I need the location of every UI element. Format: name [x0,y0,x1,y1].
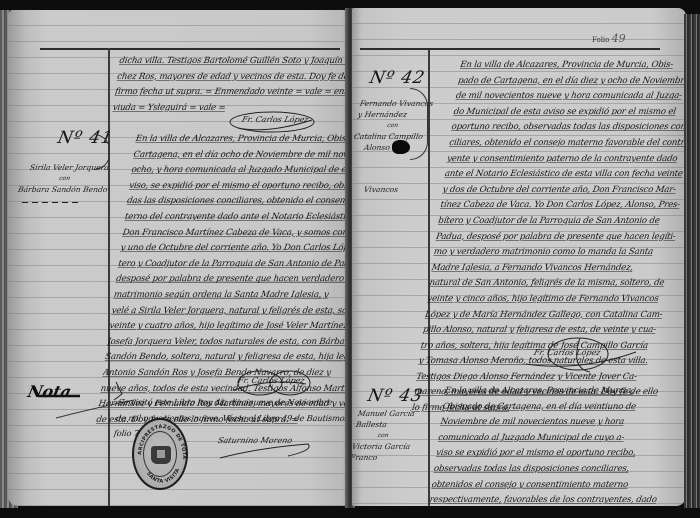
ink-blot [392,140,410,154]
seal-emblem-icon [151,446,171,464]
folio-number: 49 [612,32,626,45]
continuation-text: dicha villa. Testigos Bartolomé Guillén … [112,54,348,116]
margin-rule [108,48,110,506]
header-rule [360,48,660,50]
margin-names: Sirila Veler Jorquera con Bárbara Sandón… [17,162,112,195]
folio-label: Folio 49 [592,32,626,45]
entry-number: Nº 42 [368,68,427,88]
margin-note-surname: Vivancos [363,184,399,195]
margin-names: Manuel García Ballesta con Victoria Garc… [352,408,417,463]
archpriest-seal-stamp: ARCIPRESTAZGO DE TOTANA SANTA VISITA [132,418,188,490]
dashed-line [22,202,82,203]
open-register-book: dicha villa. Testigos Bartolomé Guillén … [0,0,700,518]
priest-signature: Fr. Carlos López [230,370,310,396]
nota-flourish [34,394,124,424]
entry-bracket [410,88,428,160]
entry-text: En la villa de Alcazares, Provincia de M… [426,384,673,506]
visitor-signature: Saturnino Moreno [218,436,318,466]
priest-signature: Fr. Carlos López [228,110,318,134]
right-page: Folio 49 Nº 42 Fernando Vivancos y Herná… [352,8,686,506]
entry-number: Nº 43 [366,386,425,406]
priest-signature: Fr. Carlos López [520,338,640,372]
header-rule [40,48,340,50]
book-page-edges-right [684,14,700,508]
